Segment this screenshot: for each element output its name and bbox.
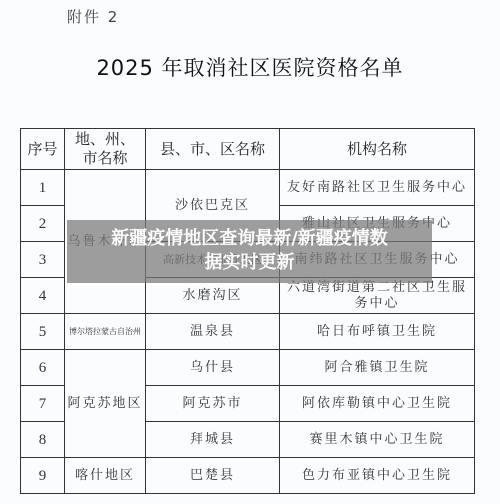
row-no: 3	[21, 242, 65, 278]
header-county: 县、市、区名称	[146, 129, 280, 170]
headline-overlay: 新疆疫情地区查询最新/新疆疫情数 据实时更新	[67, 220, 432, 283]
institution-cell: 阿依库勒镇中心卫生院	[280, 386, 475, 422]
table-header-row: 序号 地、州、市名称 县、市、区名称 机构名称	[21, 129, 475, 170]
county-cell: 乌什县	[146, 350, 280, 386]
prefecture-cell: 阿克苏地区	[65, 350, 146, 458]
headline-line-1: 新疆疫情地区查询最新/新疆疫情数	[67, 227, 432, 251]
row-no: 4	[21, 278, 65, 314]
headline-line-2: 据实时更新	[67, 251, 432, 275]
county-cell: 巴楚县	[146, 458, 280, 494]
header-prefecture: 地、州、市名称	[65, 129, 146, 170]
table-row: 6 阿克苏地区 乌什县 阿合雅镇卫生院	[21, 350, 475, 386]
row-no: 8	[21, 422, 65, 458]
document-title: 2025 年取消社区医院资格名单	[0, 52, 500, 82]
table-row: 9 喀什地区 巴楚县 色力布亚镇中心卫生院	[21, 458, 475, 494]
prefecture-cell: 博尔塔拉蒙古自治州	[65, 314, 146, 350]
institution-cell: 色力布亚镇中心卫生院	[280, 458, 475, 494]
county-cell: 拜城县	[146, 422, 280, 458]
header-no: 序号	[21, 129, 65, 170]
county-cell: 温泉县	[146, 314, 280, 350]
row-no: 1	[21, 170, 65, 206]
row-no: 9	[21, 458, 65, 494]
table-row: 1 乌鲁木齐市 沙依巴克区 友好南路社区卫生服务中心	[21, 170, 475, 206]
table-row: 5 博尔塔拉蒙古自治州 温泉县 哈日布呼镇卫生院	[21, 314, 475, 350]
row-no: 6	[21, 350, 65, 386]
institution-cell: 友好南路社区卫生服务中心	[280, 170, 475, 206]
header-institution: 机构名称	[280, 129, 475, 170]
row-no: 5	[21, 314, 65, 350]
attachment-label: 附件 2	[67, 6, 119, 27]
institution-cell: 赛里木镇中心卫生院	[280, 422, 475, 458]
institution-cell: 阿合雅镇卫生院	[280, 350, 475, 386]
row-no: 2	[21, 206, 65, 242]
row-no: 7	[21, 386, 65, 422]
prefecture-cell: 喀什地区	[65, 458, 146, 494]
institution-cell: 哈日布呼镇卫生院	[280, 314, 475, 350]
revocation-table: 序号 地、州、市名称 县、市、区名称 机构名称 1 乌鲁木齐市 沙依巴克区 友好…	[20, 128, 475, 494]
county-cell: 阿克苏市	[146, 386, 280, 422]
